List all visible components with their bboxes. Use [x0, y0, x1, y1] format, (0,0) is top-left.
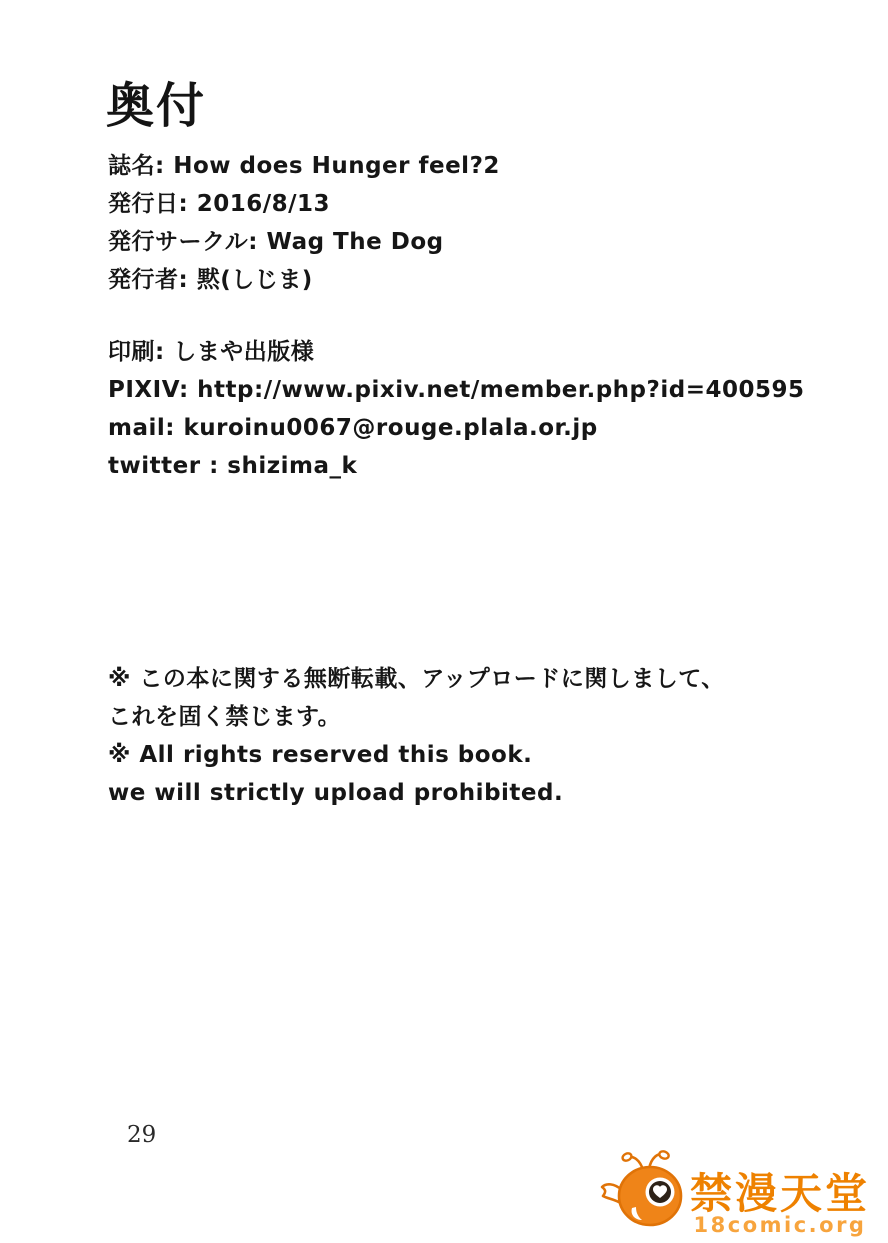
publication-info: 誌名: How does Hunger feel?2 発行日: 2016/8/1… — [108, 147, 848, 299]
pixiv-url-line: PIXIV: http://www.pixiv.net/member.php?i… — [108, 371, 848, 409]
copyright-notice: ※ この本に関する無断転載、アップロードに関しまして、 これを固く禁じます。 ※… — [108, 660, 848, 812]
twitter-handle-line: twitter : shizima_k — [108, 447, 848, 485]
notice-en-line-2: we will strictly upload prohibited. — [108, 774, 848, 812]
magazine-title-line: 誌名: How does Hunger feel?2 — [108, 147, 848, 185]
watermark-site-url: 18comic.org — [690, 1214, 870, 1236]
site-watermark: 禁漫天堂 18comic.org — [596, 1146, 870, 1240]
mail-address-line: mail: kuroinu0067@rouge.plala.or.jp — [108, 409, 848, 447]
colophon-page: 奥付 誌名: How does Hunger feel?2 発行日: 2016/… — [0, 0, 888, 1243]
notice-jp-line-1: ※ この本に関する無断転載、アップロードに関しまして、 — [108, 660, 848, 698]
notice-en-line-1: ※ All rights reserved this book. — [108, 736, 848, 774]
circle-name-line: 発行サークル: Wag The Dog — [108, 223, 848, 261]
contact-info: 印刷: しまや出版様 PIXIV: http://www.pixiv.net/m… — [108, 333, 848, 485]
printer-line: 印刷: しまや出版様 — [108, 333, 848, 371]
whale-mascot-icon — [596, 1146, 696, 1240]
watermark-site-name: 禁漫天堂 — [690, 1172, 870, 1216]
watermark-text: 禁漫天堂 18comic.org — [690, 1146, 870, 1236]
page-title: 奥付 — [106, 80, 206, 132]
page-number: 29 — [127, 1122, 156, 1148]
publisher-line: 発行者: 黙(しじま) — [108, 261, 848, 299]
publish-date-line: 発行日: 2016/8/13 — [108, 185, 848, 223]
notice-jp-line-2: これを固く禁じます。 — [108, 698, 848, 736]
